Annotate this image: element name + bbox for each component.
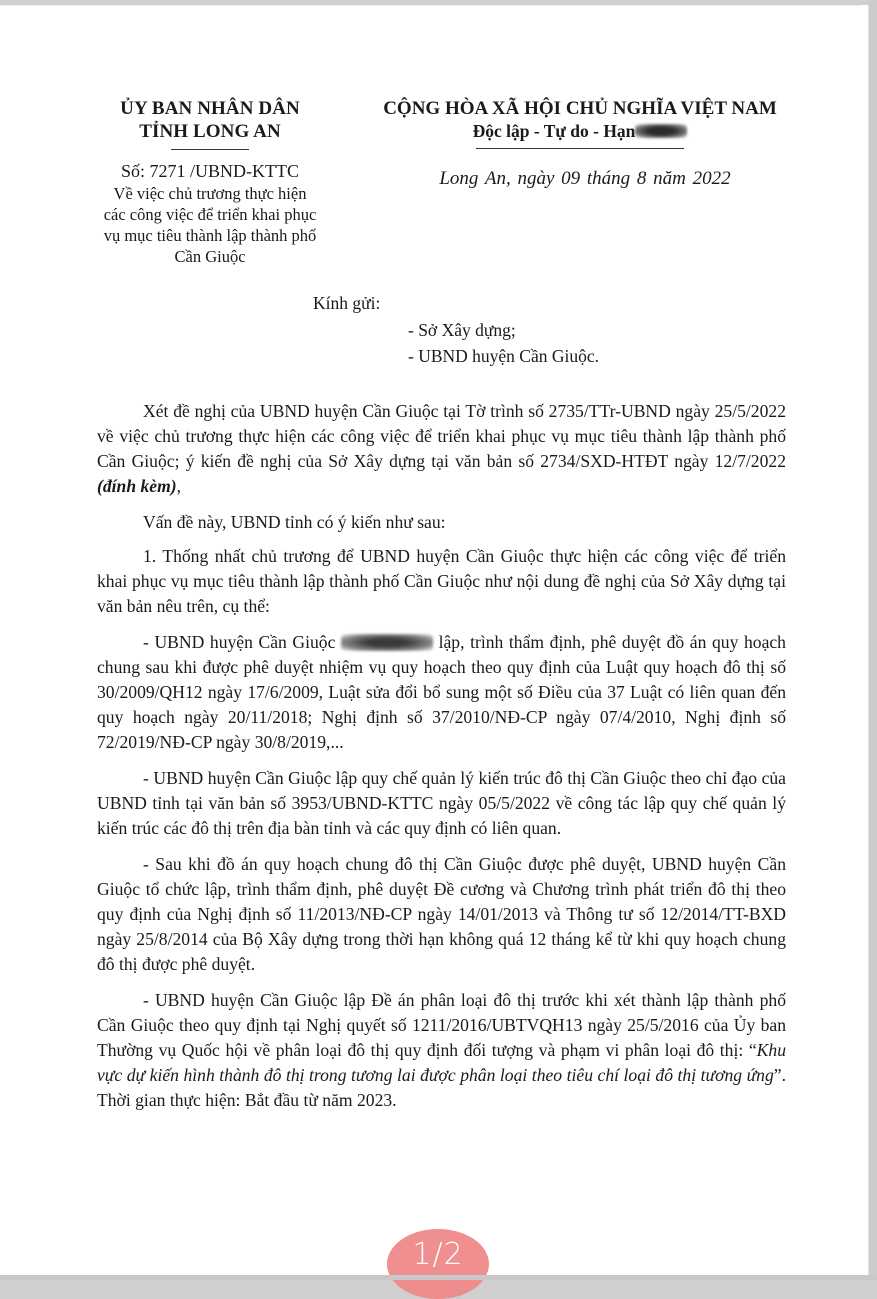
motto-underline — [476, 148, 684, 149]
document-body: Xét đề nghị của UBND huyện Cần Giuộc tại… — [97, 399, 786, 1124]
document-number: Số: 7271 /UBND-KTTC — [60, 160, 360, 182]
subject-line: các công việc để triển khai phục — [60, 204, 360, 225]
issuer-name-line2: TỈNH LONG AN — [60, 120, 360, 143]
body-paragraph-opinion: Vấn đề này, UBND tỉnh có ý kiến như sau: — [97, 510, 786, 535]
body-paragraph-bullet-1: - UBND huyện Cần Giuộc lập, trình thẩm đ… — [97, 630, 786, 755]
salutation-label: Kính gửi: — [313, 291, 380, 315]
motto-text: Độc lập - Tự do - Hạn — [473, 121, 636, 141]
national-motto: Độc lập - Tự do - Hạn — [360, 120, 800, 142]
recipient-list: - Sở Xây dựng; - UBND huyện Cần Giuộc. — [408, 317, 599, 369]
recipient-item: - Sở Xây dựng; — [408, 317, 599, 343]
document-subject: Về việc chủ trương thực hiện các công vi… — [60, 183, 360, 267]
redaction-mark — [635, 124, 687, 138]
body-paragraph-item-1: 1. Thống nhất chủ trương để UBND huyện C… — [97, 544, 786, 619]
body-paragraph-intro: Xét đề nghị của UBND huyện Cần Giuộc tại… — [97, 399, 786, 499]
issuer-block: ỦY BAN NHÂN DÂN TỈNH LONG AN Số: 7271 /U… — [60, 97, 360, 267]
subject-line: Cần Giuộc — [60, 246, 360, 267]
body-paragraph-bullet-3: - Sau khi đồ án quy hoạch chung đô thị C… — [97, 852, 786, 977]
redaction-mark — [341, 634, 433, 651]
issuer-underline — [171, 149, 249, 150]
recipient-item: - UBND huyện Cần Giuộc. — [408, 343, 599, 369]
nation-title: CỘNG HÒA XÃ HỘI CHỦ NGHĨA VIỆT NAM — [360, 97, 800, 120]
subject-line: Về việc chủ trương thực hiện — [60, 183, 360, 204]
national-heading: CỘNG HÒA XÃ HỘI CHỦ NGHĨA VIỆT NAM Độc l… — [360, 97, 800, 191]
scrollbar-track[interactable] — [868, 0, 877, 1280]
document-viewer: ỦY BAN NHÂN DÂN TỈNH LONG AN Số: 7271 /U… — [0, 0, 877, 1280]
body-paragraph-bullet-4: - UBND huyện Cần Giuộc lập Đề án phân lo… — [97, 988, 786, 1113]
attachment-note: (đính kèm) — [97, 476, 177, 496]
place-date-line: Long An, ngày 09 tháng 8 năm 2022 — [360, 167, 800, 191]
document-page: ỦY BAN NHÂN DÂN TỈNH LONG AN Số: 7271 /U… — [0, 5, 869, 1275]
viewer-bottom-bar — [0, 1275, 877, 1280]
issuer-name-line1: ỦY BAN NHÂN DÂN — [60, 97, 360, 120]
subject-line: vụ mục tiêu thành lập thành phố — [60, 225, 360, 246]
body-paragraph-bullet-2: - UBND huyện Cần Giuộc lập quy chế quản … — [97, 766, 786, 841]
page-edge — [0, 5, 860, 6]
